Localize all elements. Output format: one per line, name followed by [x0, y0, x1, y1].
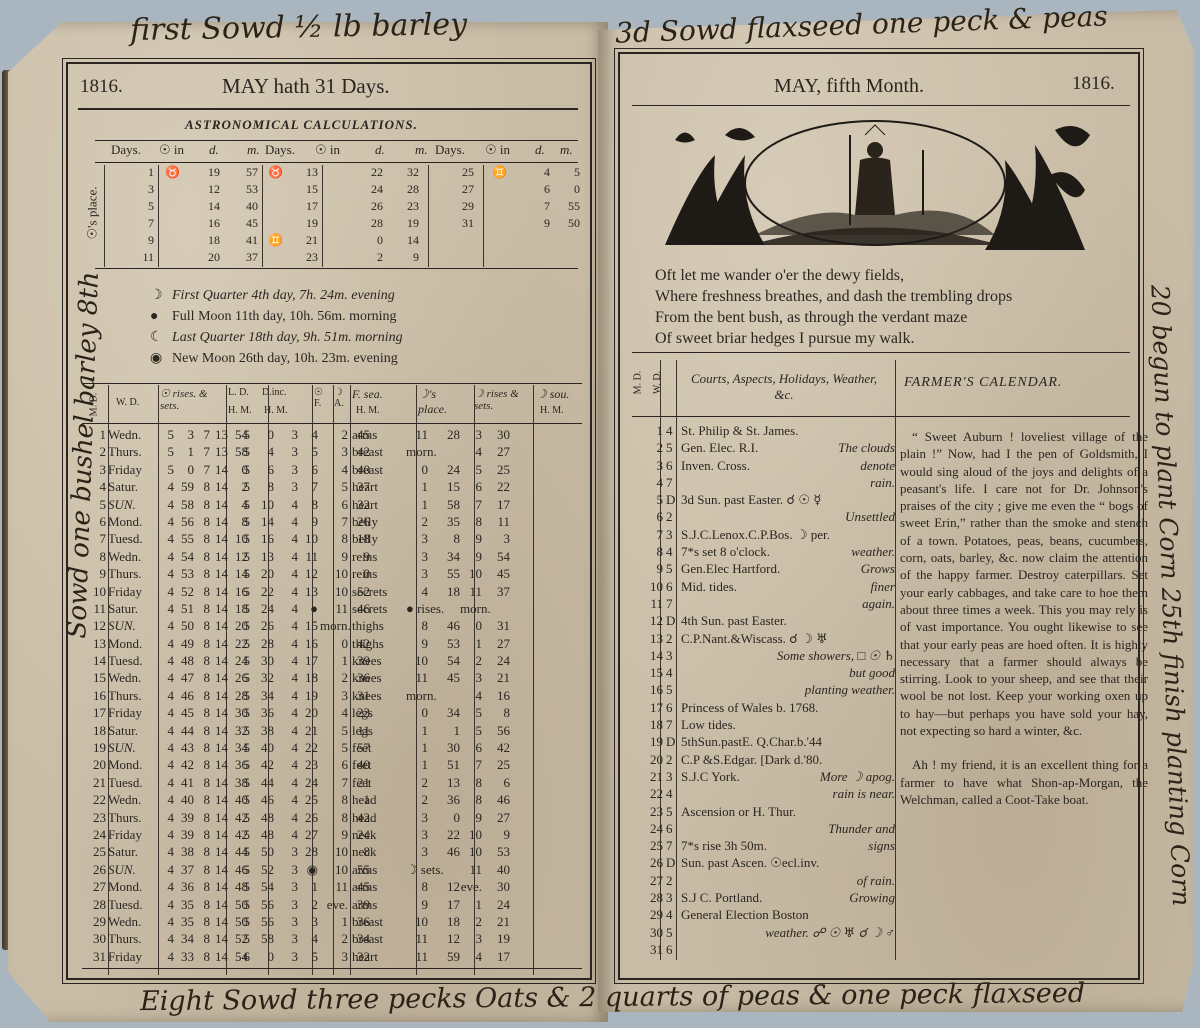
- cell-a: 24: [300, 774, 318, 791]
- cell-sr-m: 54: [176, 548, 194, 565]
- cell-so-m: 53: [488, 843, 510, 860]
- cell-ld-m: 14: [210, 583, 228, 600]
- cell-md: 15: [645, 664, 663, 681]
- cell-di-m: 48: [254, 826, 274, 843]
- cell-di-m: 26: [254, 617, 274, 634]
- cell-sr-m: 51: [176, 600, 194, 617]
- cell-f: 3: [286, 861, 298, 878]
- cell-md: 29: [645, 906, 663, 923]
- cell-wd: 2: [666, 508, 678, 525]
- cell-md: 16: [88, 687, 106, 704]
- cell-wd: Mond.: [108, 635, 168, 652]
- cell-ld-m: 14: [210, 687, 228, 704]
- day-row: 6Mond.456814851449726belly235811: [88, 513, 588, 530]
- event-row: 213S.J.C York.More ☽ apog.: [645, 768, 895, 785]
- cell-weather: of rain.: [857, 872, 895, 889]
- cell-md: 2: [88, 443, 106, 460]
- cell-di-h: 5: [238, 756, 250, 773]
- cell-sr-h: 4: [162, 913, 174, 930]
- cell-weather: denote: [860, 457, 895, 474]
- cell-md: 31: [88, 948, 106, 965]
- cell-so-h: 11: [460, 583, 482, 600]
- cell-di-m: 30: [254, 652, 274, 669]
- cell-so-m: 37: [488, 583, 510, 600]
- cell-weather: weather.: [851, 543, 895, 560]
- last-quarter-icon: ☾: [150, 327, 172, 348]
- cell-fs-h: 11: [320, 878, 348, 895]
- cell-md: 25: [88, 843, 106, 860]
- cell-di-h: 5: [238, 478, 250, 495]
- cell-mr-m: 17: [438, 896, 460, 913]
- cell-sr-h: 5: [162, 461, 174, 478]
- cell-mr-h: 9: [406, 896, 428, 913]
- cell-f: 3: [286, 878, 298, 895]
- day-row: 14Tuesd.44881424530417139knees1054224: [88, 652, 588, 669]
- cell-so-h: 5: [460, 704, 482, 721]
- cell-weather: again.: [862, 595, 895, 612]
- cell-md: 28: [88, 896, 106, 913]
- cell-md: 9: [88, 565, 106, 582]
- cell-sr-m: 47: [176, 669, 194, 686]
- cell-mr-h: ● rises.: [406, 600, 428, 617]
- cell-di-h: 5: [238, 930, 250, 947]
- cell-wd: Wedn.: [108, 426, 168, 443]
- cell-sr-h: 4: [162, 617, 174, 634]
- cell-ld-h: 8: [198, 565, 210, 582]
- cell-md: 8: [645, 543, 663, 560]
- cell-sr-m: 45: [176, 704, 194, 721]
- cell-wd: Wedn.: [108, 913, 168, 930]
- cell-di-m: 24: [254, 600, 274, 617]
- cell-ld-m: 14: [210, 774, 228, 791]
- day-row: 13Mond.44981422528416042thighs953127: [88, 635, 588, 652]
- cell-md: 11: [88, 600, 106, 617]
- cell-place: arms: [352, 878, 412, 895]
- cell-so-h: morn.: [460, 600, 482, 617]
- cell-ld-h: 8: [198, 617, 210, 634]
- astro-bottom-rule: [95, 268, 578, 269]
- cell-md: 4: [645, 474, 663, 491]
- cell-sr-m: 35: [176, 896, 194, 913]
- cell-wd: Friday: [108, 948, 168, 965]
- poem-rule: [632, 352, 1130, 353]
- day-row: 31Friday433814546035332heart1159417: [88, 948, 588, 965]
- right-header-rule: [632, 416, 1130, 417]
- day-row: 20Mond.44281436542423640feet151725: [88, 756, 588, 773]
- day-row: 24Friday43981442548427924neck322109: [88, 826, 588, 843]
- title-rule: [78, 108, 578, 110]
- cell-fs-h: 8: [320, 809, 348, 826]
- day-row: 12SUN.45081420526415morn.thighs846031: [88, 617, 588, 634]
- cell-md: 6: [88, 513, 106, 530]
- cell-wd: Satur.: [108, 478, 168, 495]
- cell-wd: 6: [666, 699, 678, 716]
- cell-md: 1: [88, 426, 106, 443]
- cell-so-h: 11: [460, 861, 482, 878]
- cell-ld-h: 8: [198, 548, 210, 565]
- cell-fs-h: 10: [320, 843, 348, 860]
- cell-place: secrets: [352, 583, 412, 600]
- cell-md: 1: [645, 422, 663, 439]
- astro-divider: [428, 165, 429, 267]
- cell-di-h: 5: [238, 739, 250, 756]
- day-row: 30Thurs.4348145255834234breast1112319: [88, 930, 588, 947]
- cell-so-h: 2: [460, 913, 482, 930]
- cell-mr-m: 22: [438, 826, 460, 843]
- cell-ld-h: 8: [198, 722, 210, 739]
- event-row: 132C.P.Nant.&Wiscass. ☌ ☽ ♅: [645, 630, 895, 647]
- cell-fs-h: 0: [320, 635, 348, 652]
- cell-f: 4: [286, 791, 298, 808]
- cell-fs-h: 6: [320, 496, 348, 513]
- cell-wd: Friday: [108, 826, 168, 843]
- cell-md: 19: [88, 739, 106, 756]
- cell-wd: 6: [666, 820, 678, 837]
- event-row: 176Princess of Wales b. 1768.: [645, 699, 895, 716]
- cell-sr-m: 59: [176, 478, 194, 495]
- cell-wd: Wedn.: [108, 548, 168, 565]
- cell-ld-h: 8: [198, 739, 210, 756]
- cell-ld-m: 14: [210, 600, 228, 617]
- cell-fs-h: 4: [320, 461, 348, 478]
- cell-di-m: 16: [254, 530, 274, 547]
- cell-wd: 5: [666, 439, 678, 456]
- cell-f: 3: [286, 948, 298, 965]
- cell-wd: Friday: [108, 461, 168, 478]
- cell-so-h: 2: [460, 652, 482, 669]
- cell-di-m: 8: [254, 478, 274, 495]
- cell-ld-h: 8: [198, 478, 210, 495]
- cell-wd: 3: [666, 889, 678, 906]
- cell-di-h: 5: [238, 461, 250, 478]
- cell-ld-h: 8: [198, 530, 210, 547]
- cell-fs-h: 1: [320, 913, 348, 930]
- cell-ld-h: 8: [198, 513, 210, 530]
- cell-sr-m: 44: [176, 722, 194, 739]
- cell-event: General Election Boston: [681, 906, 809, 923]
- cell-so-m: 16: [488, 687, 510, 704]
- cell-event: Sun. past Ascen. ☉ecl.inv.: [681, 854, 819, 871]
- event-row: 165planting weather.: [645, 681, 895, 698]
- cell-wd: D: [666, 854, 678, 871]
- cell-weather: rain is near.: [833, 785, 895, 802]
- event-row: 106Mid. tides.finer: [645, 578, 895, 595]
- cell-mr-m: 53: [438, 635, 460, 652]
- cell-sr-h: 4: [162, 687, 174, 704]
- cell-so-h: eve.: [460, 878, 482, 895]
- cell-place: head: [352, 791, 412, 808]
- cell-mr-m: 45: [438, 669, 460, 686]
- cell-di-m: 54: [254, 878, 274, 895]
- cell-md: 4: [88, 478, 106, 495]
- cell-mr-h: 3: [406, 530, 428, 547]
- cell-ld-m: 14: [210, 548, 228, 565]
- cell-mr-h: 1: [406, 756, 428, 773]
- cell-sr-h: 4: [162, 496, 174, 513]
- astro-divider: [483, 165, 484, 267]
- cell-fs-h: 4: [320, 704, 348, 721]
- cell-place: reins: [352, 565, 412, 582]
- cell-place: belly: [352, 513, 412, 530]
- cell-a: ●: [300, 600, 318, 617]
- cell-md: 27: [645, 872, 663, 889]
- cell-event: Princess of Wales b. 1768.: [681, 699, 818, 716]
- cell-di-h: 5: [238, 913, 250, 930]
- cell-md: 30: [88, 930, 106, 947]
- poem: Oft let me wander o'er the dewy fields, …: [655, 265, 1012, 349]
- cell-wd: 4: [666, 664, 678, 681]
- cell-sr-h: 4: [162, 652, 174, 669]
- cell-mr-h: 3: [406, 548, 428, 565]
- cell-a: 27: [300, 826, 318, 843]
- cell-mr-m: 15: [438, 478, 460, 495]
- cell-mr-h: 10: [406, 652, 428, 669]
- cell-ld-m: 14: [210, 478, 228, 495]
- cell-fs-h: 5: [320, 739, 348, 756]
- cell-f: 3: [286, 896, 298, 913]
- cell-ld-m: 13: [210, 426, 228, 443]
- cell-mr-h: 11: [406, 669, 428, 686]
- cell-wd: 6: [666, 578, 678, 595]
- cell-sr-h: 4: [162, 896, 174, 913]
- cell-di-h: 5: [238, 530, 250, 547]
- day-row: 21Tuesd.44181438544424721feet21386: [88, 774, 588, 791]
- cell-mr-m: 13: [438, 774, 460, 791]
- cell-mr-m: 58: [438, 496, 460, 513]
- cell-md: 25: [645, 837, 663, 854]
- cell-f: 4: [286, 774, 298, 791]
- cell-md: 20: [88, 756, 106, 773]
- day-row: 15Wedn.44781426532418236knees1145321: [88, 669, 588, 686]
- cell-fs-h: 10: [320, 583, 348, 600]
- cell-md: 2: [645, 439, 663, 456]
- cell-a: 9: [300, 513, 318, 530]
- cell-a: 4: [300, 426, 318, 443]
- cell-md: 10: [645, 578, 663, 595]
- cell-mr-m: 34: [438, 548, 460, 565]
- cell-fs-h: 2: [320, 669, 348, 686]
- cell-event: 7*s rise 3h 50m.: [681, 837, 767, 854]
- cell-so-h: 9: [460, 809, 482, 826]
- event-row: 62Unsettled: [645, 508, 895, 525]
- cell-ld-h: 8: [198, 687, 210, 704]
- cell-wd: Thurs.: [108, 809, 168, 826]
- cell-sr-h: 4: [162, 756, 174, 773]
- cell-f: 4: [286, 496, 298, 513]
- cell-weather: Grows: [861, 560, 895, 577]
- cell-di-m: 22: [254, 583, 274, 600]
- cell-mr-h: ☽ sets.: [406, 861, 428, 878]
- cell-wd: 3: [666, 647, 678, 664]
- new-moon-icon: ◉: [150, 348, 172, 369]
- day-row: 1Wedn.53713545034245arms1128330: [88, 426, 588, 443]
- cell-event: C.P &S.Edgar. [Dark d.'80.: [681, 751, 822, 768]
- astro-divider: [262, 165, 263, 267]
- cell-ld-h: 8: [198, 948, 210, 965]
- cell-mr-h: 4: [406, 583, 428, 600]
- event-row: 26DSun. past Ascen. ☉ecl.inv.: [645, 854, 895, 871]
- cell-fs-h: 6: [320, 756, 348, 773]
- cell-so-h: 6: [460, 478, 482, 495]
- cell-wd: 5: [666, 681, 678, 698]
- cell-md: 5: [645, 491, 663, 508]
- cell-wd: 5: [666, 803, 678, 820]
- cell-wd: Mond.: [108, 513, 168, 530]
- cell-sr-m: 3: [176, 426, 194, 443]
- cell-md: 10: [88, 583, 106, 600]
- cell-fs-h: 3: [320, 687, 348, 704]
- cell-ld-m: 14: [210, 843, 228, 860]
- cell-f: 4: [286, 809, 298, 826]
- cell-so-h: 4: [460, 948, 482, 965]
- cell-mr-m: 34: [438, 704, 460, 721]
- cell-fs-h: 8: [320, 530, 348, 547]
- cell-so-m: 56: [488, 722, 510, 739]
- cell-weather: planting weather.: [805, 681, 895, 698]
- cell-place: secrets: [352, 600, 412, 617]
- cell-f: 4: [286, 704, 298, 721]
- event-row: 19D5thSun.pastE. Q.Char.b.'44: [645, 733, 895, 750]
- cell-ld-m: 14: [210, 861, 228, 878]
- cell-mr-m: 55: [438, 565, 460, 582]
- event-row: 2577*s rise 3h 50m.signs: [645, 837, 895, 854]
- cell-md: 18: [645, 716, 663, 733]
- cell-ld-h: 7: [198, 426, 210, 443]
- cell-a: 18: [300, 669, 318, 686]
- cell-md: 6: [645, 508, 663, 525]
- cell-md: 14: [88, 652, 106, 669]
- astro-rule: [95, 140, 578, 141]
- cell-di-h: 5: [238, 583, 250, 600]
- cell-md: 7: [645, 526, 663, 543]
- cell-event: 7*s set 8 o'clock.: [681, 543, 770, 560]
- cell-ld-h: 8: [198, 635, 210, 652]
- right-title-rule: [632, 105, 1130, 106]
- cell-sr-h: 4: [162, 600, 174, 617]
- cell-ld-h: 8: [198, 843, 210, 860]
- cell-wd: 4: [666, 906, 678, 923]
- cell-place: arms: [352, 426, 412, 443]
- woodcut-illustration: [655, 115, 1095, 255]
- cell-md: 12: [88, 617, 106, 634]
- cell-mr-m: 28: [438, 426, 460, 443]
- cell-ld-m: 14: [210, 826, 228, 843]
- cell-event: S.J C. Portland.: [681, 889, 762, 906]
- cell-so-h: 3: [460, 426, 482, 443]
- event-row: 36Inven. Cross.denote: [645, 457, 895, 474]
- cell-so-m: 42: [488, 739, 510, 756]
- cell-sr-h: 4: [162, 843, 174, 860]
- farmer-paragraph: Ah ! my friend, it is an excellent thing…: [900, 756, 1148, 808]
- cell-wd: Wedn.: [108, 669, 168, 686]
- cell-ld-m: 14: [210, 722, 228, 739]
- cell-so-m: 3: [488, 530, 510, 547]
- cell-di-h: 5: [238, 826, 250, 843]
- cell-md: 27: [88, 878, 106, 895]
- poem-line: From the bent bush, as through the verda…: [655, 307, 1012, 328]
- cell-sr-m: 35: [176, 913, 194, 930]
- poem-line: Oft let me wander o'er the dewy fields,: [655, 265, 1012, 286]
- daily-table: 1Wedn.53713545034245arms11283302Thurs.51…: [88, 426, 588, 965]
- cell-f: 4: [286, 548, 298, 565]
- cell-so-h: 6: [460, 739, 482, 756]
- daily-bottom-rule: [82, 968, 582, 969]
- cell-event: Gen.Elec Hartford.: [681, 560, 780, 577]
- moon-phases: ☽First Quarter 4th day, 7h. 24m. evening…: [150, 285, 403, 369]
- cell-wd: D: [666, 612, 678, 629]
- cell-ld-m: 14: [210, 704, 228, 721]
- cell-ld-h: 8: [198, 583, 210, 600]
- cell-so-m: 30: [488, 878, 510, 895]
- cell-mr-m: 35: [438, 513, 460, 530]
- cell-place: head: [352, 809, 412, 826]
- cell-sr-m: 53: [176, 565, 194, 582]
- cell-di-m: 44: [254, 774, 274, 791]
- cell-f: 4: [286, 669, 298, 686]
- cell-ld-m: 14: [210, 756, 228, 773]
- cell-md: 8: [88, 548, 106, 565]
- cell-f: 3: [286, 426, 298, 443]
- day-row: 9Thurs.45381414520412100reins3551045: [88, 565, 588, 582]
- cell-ld-h: 7: [198, 461, 210, 478]
- cell-sr-m: 49: [176, 635, 194, 652]
- cell-wd: SUN.: [108, 861, 168, 878]
- cell-wd: D: [666, 491, 678, 508]
- event-row: 235Ascension or H. Thur.: [645, 803, 895, 820]
- cell-fs-h: 11: [320, 600, 348, 617]
- cell-md: 19: [645, 733, 663, 750]
- daily-header-bottom-rule: [82, 423, 582, 424]
- cell-weather: rain.: [870, 474, 895, 491]
- cell-di-m: 28: [254, 635, 274, 652]
- cell-place: knees: [352, 669, 412, 686]
- cell-weather: but good: [849, 664, 895, 681]
- cell-mr-m: 30: [438, 739, 460, 756]
- cell-mr-h: 3: [406, 843, 428, 860]
- farmer-paragraph: “ Sweet Auburn ! loveliest village of th…: [900, 428, 1148, 739]
- cell-fs-h: eve.: [320, 896, 348, 913]
- cell-di-h: 5: [238, 600, 250, 617]
- cell-so-m: 46: [488, 791, 510, 808]
- cell-weather: Unsettled: [845, 508, 895, 525]
- cell-so-m: 17: [488, 948, 510, 965]
- cell-f: 4: [286, 530, 298, 547]
- cell-sr-m: 33: [176, 948, 194, 965]
- day-row: 10Friday452814165224131052secrets4181137: [88, 583, 588, 600]
- cell-sr-m: 37: [176, 861, 194, 878]
- cell-wd: Tuesd.: [108, 530, 168, 547]
- cell-ld-h: 8: [198, 669, 210, 686]
- cell-place: arms: [352, 896, 412, 913]
- cell-place: feet: [352, 739, 412, 756]
- cell-di-m: 32: [254, 669, 274, 686]
- cell-mr-m: 59: [438, 948, 460, 965]
- cell-so-h: 8: [460, 513, 482, 530]
- cell-place: neck: [352, 843, 412, 860]
- poem-line: Of sweet briar hedges I pursue my walk.: [655, 328, 1012, 349]
- cell-ld-m: 14: [210, 530, 228, 547]
- cell-a: 12: [300, 565, 318, 582]
- event-row: 154but good: [645, 664, 895, 681]
- cell-so-h: 9: [460, 548, 482, 565]
- cell-place: heart: [352, 948, 412, 965]
- cell-so-h: 3: [460, 669, 482, 686]
- cell-so-h: 8: [460, 774, 482, 791]
- cell-sr-h: 4: [162, 809, 174, 826]
- cell-so-m: 11: [488, 513, 510, 530]
- cell-mr-h: 8: [406, 878, 428, 895]
- cell-f: 3: [286, 478, 298, 495]
